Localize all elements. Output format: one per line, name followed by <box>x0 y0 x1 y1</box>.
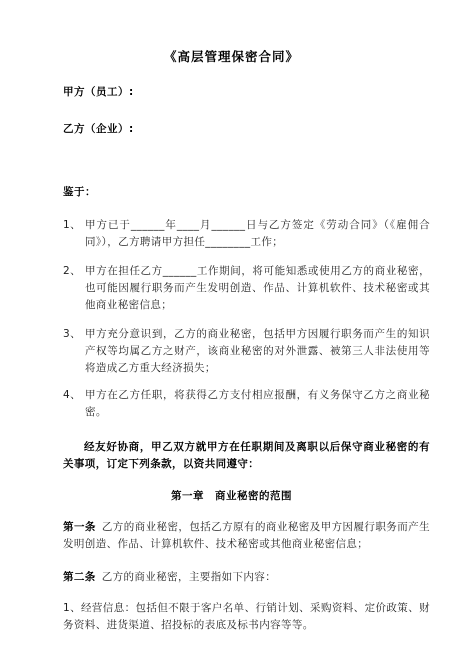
chapter-1-heading: 第一章 商业秘密的范围 <box>33 488 430 505</box>
whereas-item-2: 2、 甲方在担任乙方______工作期间，将可能知悉或使用乙方的商业秘密，也可能… <box>63 263 430 314</box>
whereas-item-3-number: 3、 <box>63 326 85 343</box>
whereas-item-1-text: 甲方已于______年____月______日与乙方签定《劳动合同》（《雇佣合同… <box>85 217 430 251</box>
whereas-item-3-text: 甲方充分意识到，乙方的商业秘密，包括甲方因履行职务而产生的知识产权等均属乙方之财… <box>85 326 430 377</box>
article-1: 第一条乙方的商业秘密，包括乙方原有的商业秘密及甲方因履行职务而产生发明创造、作品… <box>63 519 430 553</box>
whereas-item-1: 1、 甲方已于______年____月______日与乙方签定《劳动合同》（《雇… <box>63 217 430 251</box>
party-a-line: 甲方（员工）: <box>63 84 430 101</box>
whereas-item-4-number: 4、 <box>63 387 85 404</box>
whereas-item-4: 4、 甲方在乙方任职，将获得乙方支付相应报酬，有义务保守乙方之商业秘密。 <box>63 387 430 421</box>
document-title: 《高层管理保密合同》 <box>33 48 430 65</box>
whereas-heading: 鉴于： <box>63 184 430 201</box>
preamble-paragraph: 经友好协商，甲乙双方就甲方在任职期间及离职以后保守商业秘密的有关事项，订定下列条… <box>63 439 430 473</box>
whereas-item-3: 3、 甲方充分意识到，乙方的商业秘密，包括甲方因履行职务而产生的知识产权等均属乙… <box>63 326 430 377</box>
article-1-text: 乙方的商业秘密，包括乙方原有的商业秘密及甲方因履行职务而产生发明创造、作品、计算… <box>63 521 430 550</box>
article-2: 第二条乙方的商业秘密，主要指如下内容： <box>63 569 430 586</box>
whereas-item-4-text: 甲方在乙方任职，将获得乙方支付相应报酬，有义务保守乙方之商业秘密。 <box>85 387 430 421</box>
article-2-label: 第二条 <box>63 571 96 583</box>
article-1-label: 第一条 <box>63 521 96 533</box>
whereas-item-2-text: 甲方在担任乙方______工作期间，将可能知悉或使用乙方的商业秘密，也可能因履行… <box>85 263 430 314</box>
whereas-item-1-number: 1、 <box>63 217 85 234</box>
business-info-sub-item: 1、经营信息：包括但不限于客户名单、行销计划、采购资料、定价政策、财务资料、进货… <box>63 600 430 634</box>
article-2-text: 乙方的商业秘密，主要指如下内容： <box>102 571 276 583</box>
whereas-list: 1、 甲方已于______年____月______日与乙方签定《劳动合同》（《雇… <box>63 217 430 421</box>
party-b-line: 乙方（企业）: <box>63 121 430 138</box>
contract-document-page: 《高层管理保密合同》 甲方（员工）: 乙方（企业）: 鉴于： 1、 甲方已于__… <box>0 0 463 655</box>
whereas-item-2-number: 2、 <box>63 263 85 280</box>
